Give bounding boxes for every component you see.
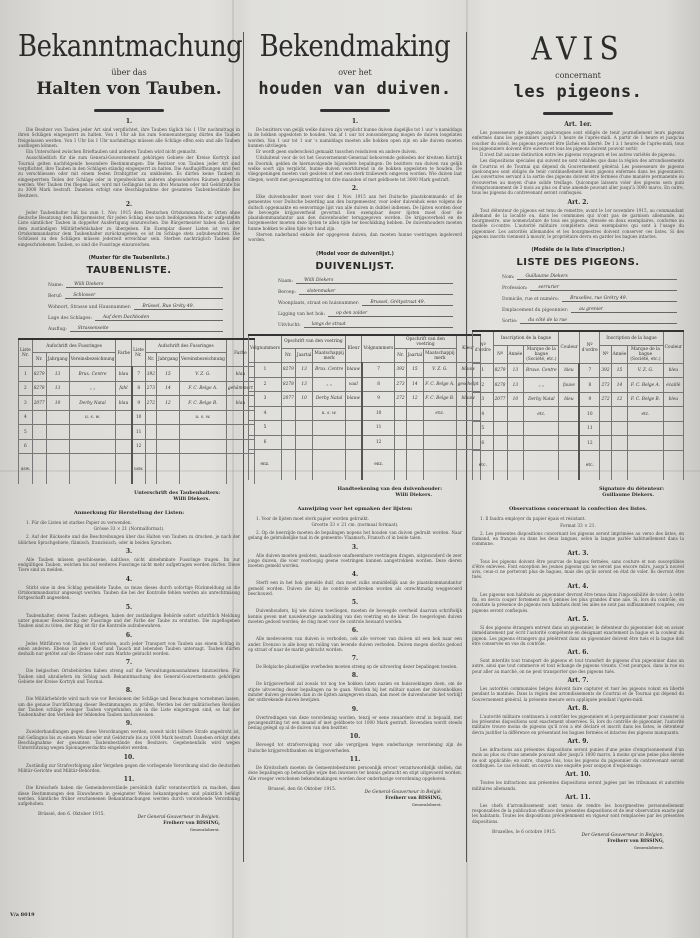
table-cell: F. C. Belge B. — [424, 392, 456, 407]
table-cell: vaal — [345, 377, 362, 392]
field-label: Woonplaats, straat en huisnummer: — [278, 301, 359, 306]
table-cell: u. s. w. — [313, 406, 345, 421]
table-cell: 392 — [145, 367, 156, 382]
field-value: Schlosser — [65, 293, 223, 299]
article-number: 8. — [18, 687, 240, 694]
table-cell: 392 — [600, 363, 611, 378]
table-cell: 3 — [19, 396, 33, 411]
article-text: Si des pigeons étrangers entrent dans un… — [472, 625, 684, 646]
table-cell: enz. — [249, 450, 282, 480]
german-title: Bekanntmachung — [18, 30, 240, 65]
table-row: 1827913Bruxe. Centrebleu739215V. Z. G.bl… — [473, 363, 684, 378]
col-header: Aufschrift des Fussringes — [145, 339, 226, 353]
col-header: Volgnummers — [249, 335, 282, 363]
table-cell — [116, 454, 132, 484]
article-number: 11. — [18, 776, 240, 783]
table-cell: Derby Natal — [524, 392, 559, 407]
table-cell: 5 — [473, 421, 494, 436]
form-field-loft-location: Ligging van het hok:op den zolder — [278, 311, 453, 317]
model-caption: (Modèle de la liste d'inscription.) — [472, 247, 684, 253]
french-subtitle-small: concernant — [472, 71, 684, 80]
form-field-profession: Profession:serrurier — [502, 285, 677, 291]
col-header: Liste Nr. — [132, 339, 146, 367]
field-value: Willi Diekers — [296, 278, 453, 284]
table-row: 4u. s. w.10enz. — [249, 406, 481, 421]
table-cell: 2077 — [281, 392, 295, 407]
table-cell — [32, 439, 46, 454]
col-header: Nr. — [281, 349, 295, 363]
field-value: langs de straat — [304, 322, 453, 328]
table-cell — [179, 425, 226, 440]
table-body: 1827913Brux. Centreblau739215V. Z. G.bla… — [19, 367, 255, 484]
dutch-subtitle-small: over het — [248, 68, 462, 77]
table-cell: 273 — [600, 378, 611, 393]
table-cell — [313, 435, 345, 450]
article-number: Art. 10. — [472, 771, 684, 778]
article-text: De bezitters van gelijk welke duiven zij… — [248, 127, 462, 148]
german-subtitle: Halten von Tauben. — [18, 79, 240, 99]
col-header: Nº d'ordre — [473, 331, 494, 363]
french-subtitle: les pigeons. — [472, 82, 684, 102]
col-header: Vereinsbezeichnung — [69, 353, 116, 367]
field-label: Lage des Schlages: — [48, 316, 92, 321]
table-cell — [281, 450, 295, 480]
table-cell: 12 — [406, 392, 424, 407]
table-cell: 13 — [507, 363, 524, 378]
table-cell: 12 — [362, 435, 395, 450]
table-cell: u. s. w. — [69, 410, 116, 425]
table-cell: 2 — [473, 378, 494, 393]
col-header: Vereinsbezeichnung — [179, 353, 226, 367]
table-cell — [295, 435, 313, 450]
field-value: au grenier — [571, 307, 677, 313]
table-cell: „ „ — [69, 381, 116, 396]
form-field-exit: Ausflug:Strassenseite — [48, 326, 223, 332]
col-header: Jahrgang — [157, 353, 180, 367]
col-header: Marque de la bague (Société, etc.) — [524, 345, 559, 363]
table-row: 612 — [249, 435, 481, 450]
field-label: Profession: — [502, 286, 527, 291]
form-field-address: Wohnort, Strasse und Hausnummer:Brüssel,… — [48, 304, 223, 310]
article-text: Les dispositions spéciales qui suivent n… — [472, 158, 684, 195]
table-cell: 7 — [362, 363, 395, 378]
table-cell: Derby Natal — [313, 392, 345, 407]
article-number: 1. — [248, 118, 462, 125]
field-label: Beroep: — [278, 290, 296, 295]
table-cell: 5 — [249, 421, 282, 436]
table-cell: Brux. Centre — [69, 367, 116, 382]
table-cell: 6 — [249, 435, 282, 450]
table-cell: usw. — [19, 454, 33, 484]
table-cell: blauw — [345, 392, 362, 407]
separator-rule — [94, 109, 164, 112]
table-cell: enz. — [424, 406, 456, 421]
table-cell: 12 — [132, 439, 146, 454]
form-field-name: Nom:Guillaume Diekers — [502, 274, 677, 280]
list-title: DUIVENLIJST. — [248, 261, 462, 272]
article-number: Art. 9. — [472, 738, 684, 745]
table-cell — [179, 439, 226, 454]
col-header: Nr. — [395, 349, 406, 363]
table-cell — [32, 410, 46, 425]
article-text: Er wordt geen onderscheid gemaakt tussch… — [248, 149, 462, 154]
col-header: Inscription de la bague — [493, 331, 559, 345]
note-text: 2. Auf der Rückseite und die Beschreibun… — [18, 534, 240, 545]
table-cell — [69, 425, 116, 440]
table-cell — [559, 407, 579, 422]
article-number: 5. — [248, 599, 462, 606]
field-value: Guillaume Diekers — [517, 274, 677, 280]
table-cell — [406, 421, 424, 436]
article-number: Art. 7. — [472, 677, 684, 684]
table-cell: 3 — [473, 392, 494, 407]
article-text: Sterven naderhand enkele der opgegeven d… — [248, 232, 462, 243]
article-number: 10. — [18, 754, 240, 761]
table-cell — [395, 406, 406, 421]
col-header: Jahrgang — [46, 353, 69, 367]
table-cell — [313, 421, 345, 436]
note-text: 1. Voor de lijsten moet sterk papier wor… — [248, 516, 462, 521]
table-cell — [46, 454, 69, 484]
note-text: 1. Für die Listen ist starkes Papier zu … — [18, 520, 240, 525]
table-cell — [507, 436, 524, 451]
article-text: Uitsluitend voor de tot het Gouvernement… — [248, 155, 462, 181]
col-header: Nº — [493, 345, 507, 363]
form-field-loft-location: Lage des Schlages:Auf dem Dachboden — [48, 315, 223, 321]
table-cell: V. Z. G. — [179, 367, 226, 382]
article-text: Jedes Mitführen von Tauben ist verboten,… — [18, 641, 240, 657]
field-label: Nom: — [502, 275, 514, 280]
table-cell: 13 — [507, 378, 524, 393]
table-cell: 4 — [19, 410, 33, 425]
table-cell — [281, 421, 295, 436]
table-cell: etc. — [579, 450, 600, 480]
table-cell: 11 — [132, 425, 146, 440]
table-cell — [145, 425, 156, 440]
governor-rank: Generaloberst. — [248, 802, 442, 808]
pigeon-list-table: Liste Nr. Aufschrift des Fussringes Farb… — [18, 338, 255, 484]
article-number: Art. 1er. — [472, 121, 684, 128]
table-cell: 10 — [295, 392, 313, 407]
note-format: Grösse 33 × 21 (Normalformat). — [18, 527, 240, 532]
col-header: Nº — [600, 345, 611, 363]
article-number: 6. — [18, 632, 240, 639]
table-cell — [345, 450, 362, 480]
article-text: Bevoegd tot strafvervolging voor alle ve… — [248, 742, 462, 753]
col-header: Nr. — [32, 353, 46, 367]
col-header: Maatschappij merk — [424, 349, 456, 363]
table-cell: 9 — [362, 392, 395, 407]
table-cell — [493, 450, 507, 480]
table-cell — [611, 407, 628, 422]
table-cell: F. C. Belge B. — [628, 392, 663, 407]
table-cell — [524, 450, 559, 480]
print-number: V/a 8019 — [10, 912, 35, 918]
signature-label: Handteekening van den duivenhouder: — [338, 486, 443, 492]
table-row: etc.etc. — [473, 450, 684, 480]
table-cell — [179, 454, 226, 484]
article-text: Tout détenteur de pigeons est tenu de re… — [472, 208, 684, 240]
article-text: Ein Unterschied zwischen Brieftauben und… — [18, 149, 240, 154]
table-cell — [600, 407, 611, 422]
table-cell: bleu — [663, 392, 683, 407]
table-cell: 9 — [579, 392, 600, 407]
table-cell: 8 — [132, 381, 146, 396]
proclamation-poster: Bekanntmachung über das Halten von Taube… — [0, 0, 700, 938]
table-body: 1827913Bruxe. Centrebleu739215V. Z. G.bl… — [473, 363, 684, 480]
table-cell: 13 — [295, 363, 313, 378]
note-text: 2. Les présentes dispositions concernant… — [472, 531, 684, 547]
article-number: Art. 5. — [472, 616, 684, 623]
note-title: Observations concernant la confection de… — [472, 506, 684, 512]
table-cell: 2077 — [493, 392, 507, 407]
table-cell — [611, 450, 628, 480]
table-cell: 9 — [132, 396, 146, 411]
form-field-exit: Sortie:du côté de la rue — [502, 318, 677, 324]
table-cell: enz. — [362, 450, 395, 480]
table-cell — [281, 406, 295, 421]
table-cell — [507, 450, 524, 480]
form-field-loft-location: Emplacement du pigeonnier:au grenier — [502, 307, 677, 313]
table-cell — [628, 450, 663, 480]
table-cell: 10 — [132, 410, 146, 425]
table-cell: 1 — [473, 363, 494, 378]
governor-signature: Der General-Gouverneur in Belgien. Freih… — [18, 815, 220, 833]
table-cell — [116, 425, 132, 440]
article-text: Zuständig zur Strafverfolgung aller Verg… — [18, 763, 240, 774]
signature-name: Willi Diekers. — [18, 496, 210, 502]
table-cell: 6 — [19, 439, 33, 454]
field-value: Brussel, Grétystraat 49. — [362, 300, 453, 306]
model-caption: (Muster für die Taubenliste.) — [18, 255, 240, 261]
article-text: Les possesseurs de pigeons quelconques s… — [472, 130, 684, 151]
table-cell — [559, 450, 579, 480]
article-number: 5. — [18, 604, 240, 611]
field-label: Ligging van het hok: — [278, 312, 325, 317]
table-cell: 12 — [579, 436, 600, 451]
table-cell — [663, 407, 683, 422]
table-cell: 273 — [395, 377, 406, 392]
table-cell: blau — [116, 367, 132, 382]
col-header: Jaartal — [406, 349, 424, 363]
german-subtitle-small: über das — [18, 68, 240, 77]
article-number: Art. 4. — [472, 583, 684, 590]
article-text: Duivenhouders, bij wie duiven toevliegen… — [248, 608, 462, 624]
table-row: 2827813„ „fahl827314F. C. Belge A.gehämm… — [19, 381, 255, 396]
table-cell — [395, 421, 406, 436]
table-row: 2827813„ „fauve827314F. C. Belge A.écail… — [473, 378, 684, 393]
col-header: Opschrift van den voetring — [395, 335, 456, 349]
table-cell — [663, 421, 683, 436]
table-cell: 8 — [362, 377, 395, 392]
note-title: Anmerkung für Herstellung der Listen: — [18, 510, 240, 516]
article-text: L'autorité militaire continuera à contrô… — [472, 714, 684, 735]
field-value: Brüssel, Rue Gréty 49. — [134, 304, 223, 310]
table-cell: bleu — [663, 363, 683, 378]
article-number: Art. 2. — [472, 199, 684, 206]
table-cell — [157, 454, 180, 484]
table-cell: 2077 — [32, 396, 46, 411]
col-header: Farbe — [116, 339, 132, 367]
article-text: Sont interdits tout transport de pigeons… — [472, 658, 684, 674]
table-cell — [395, 435, 406, 450]
article-text: Elke duivenhouder moet voor den 1 Nov. 1… — [248, 194, 462, 231]
table-cell — [157, 425, 180, 440]
article-text: Alle Tauben müssen geschlossene, nahtlos… — [18, 557, 240, 573]
col-header: Couleur — [559, 331, 579, 363]
table-cell: etc. — [628, 407, 663, 422]
article-text: Les infractions aux présentes dispositio… — [472, 747, 684, 768]
table-cell — [295, 421, 313, 436]
governor-rank: Generaloberst. — [18, 827, 220, 833]
table-cell: 392 — [395, 363, 406, 378]
table-cell — [145, 439, 156, 454]
article-text: Sterft een in het hok gemelde duif, dan … — [248, 580, 462, 596]
table-cell — [46, 439, 69, 454]
note-text: 2. Op de keerzijde moeten de bepalingen … — [248, 530, 462, 541]
field-value: serrurier — [530, 285, 677, 291]
col-header: Marque de la bague (Société, etc.) — [628, 345, 663, 363]
governor-signature: Der General-Gouverneur in Belgien, Freih… — [472, 833, 664, 851]
form-field-name: Name:Willi Diekers — [48, 282, 223, 288]
article-text: Ausschließlich für die zum General-Gouve… — [18, 155, 240, 197]
table-cell: F. C. Belge A. — [628, 378, 663, 393]
table-cell: 5 — [19, 425, 33, 440]
table-cell — [611, 421, 628, 436]
field-value: slotenmaker — [299, 289, 453, 295]
article-text: Die belgischen Ortsbehörden haben streng… — [18, 668, 240, 684]
note-title: Aanwijzing voor het opmaken der lijsten: — [248, 506, 462, 512]
table-cell: etc. — [473, 450, 494, 480]
table-cell — [663, 436, 683, 451]
table-cell — [406, 450, 424, 480]
table-cell — [507, 421, 524, 436]
article-list: 3.Alle Tauben müssen geschlossene, nahtl… — [18, 548, 240, 807]
table-cell — [600, 436, 611, 451]
article-text: Stirbt eine in den Schlag gemeldete Taub… — [18, 585, 240, 601]
signature-name: Guillaume Diekers. — [472, 492, 654, 498]
form-field-address: Woonplaats, straat en huisnummer:Brussel… — [278, 300, 453, 306]
table-cell — [345, 435, 362, 450]
table-cell: 15 — [157, 367, 180, 382]
pigeon-list-table: Nº d'ordre Inscription de la bague Coule… — [472, 330, 684, 480]
article-text: Alle medevoeren van duiven is verboden, … — [248, 636, 462, 652]
dutch-title: Bekendmaking — [248, 30, 462, 65]
table-cell: 10 — [579, 407, 600, 422]
table-cell — [395, 450, 406, 480]
table-cell — [46, 425, 69, 440]
table-cell — [611, 436, 628, 451]
table-cell: 14 — [406, 377, 424, 392]
table-cell — [157, 439, 180, 454]
table-row: usw.usw. — [19, 454, 255, 484]
article-number: 2. — [248, 185, 462, 192]
french-column: AVIS concernant les pigeons. Art. 1er. L… — [472, 28, 684, 898]
table-cell: blau — [116, 396, 132, 411]
table-cell — [493, 436, 507, 451]
table-cell: 10 — [507, 392, 524, 407]
table-cell — [116, 439, 132, 454]
governor-signature: De General-Gouverneur in België. Freiher… — [248, 790, 442, 808]
table-cell: 3 — [249, 392, 282, 407]
table-cell — [524, 436, 559, 451]
table-cell — [559, 421, 579, 436]
col-header: Aufschrift des Fussringes — [32, 339, 116, 353]
separator-rule — [320, 109, 390, 112]
article-number: 8. — [248, 672, 462, 679]
table-cell — [32, 454, 46, 484]
table-cell — [600, 421, 611, 436]
table-row: enz.enz. — [249, 450, 481, 480]
table-cell: 6 — [473, 436, 494, 451]
table-cell: 8278 — [281, 377, 295, 392]
table-cell: 2 — [19, 381, 33, 396]
dutch-subtitle: houden van duiven. — [248, 79, 462, 99]
article-number: 6. — [248, 627, 462, 634]
table-cell — [493, 407, 507, 422]
table-cell — [424, 450, 456, 480]
field-value: du côté de la rue — [520, 318, 677, 324]
table-cell: 12 — [611, 392, 628, 407]
table-row: 1827913Brux. Centreblauw739215V. Z. G.bl… — [249, 363, 481, 378]
model-caption: (Model voor de duivenlijst.) — [248, 251, 462, 257]
field-label: Naam: — [278, 279, 293, 284]
table-cell: usw. — [132, 454, 146, 484]
table-row: 4etc.10etc. — [473, 407, 684, 422]
table-cell: écaillé — [663, 378, 683, 393]
table-cell — [493, 421, 507, 436]
table-cell — [628, 421, 663, 436]
col-header: Volgnummers — [362, 335, 395, 363]
table-cell: 8278 — [32, 381, 46, 396]
table-cell: Bruxe. Centre — [524, 363, 559, 378]
article-number: 7. — [18, 659, 240, 666]
table-cell — [600, 450, 611, 480]
table-cell: 12 — [157, 396, 180, 411]
table-cell: 10 — [362, 406, 395, 421]
table-cell — [116, 410, 132, 425]
german-column: Bekanntmachung über das Halten von Taube… — [18, 28, 240, 898]
table-cell — [69, 454, 116, 484]
table-cell: 272 — [395, 392, 406, 407]
article-number: 2. — [18, 201, 240, 208]
field-label: Wohnort, Strasse und Hausnummer: — [48, 305, 131, 310]
col-header: Nr. — [145, 353, 156, 367]
article-text: Taubenhalter, deren Tauben zufliegen, ha… — [18, 613, 240, 629]
table-row: 4u. s. w.10u. s. w. — [19, 410, 255, 425]
table-cell — [345, 406, 362, 421]
article-text: Die Militärbehörde wird nach wie vor Rev… — [18, 696, 240, 717]
table-row: 3207710Derby Natalbleu927212F. C. Belge … — [473, 392, 684, 407]
col-header: Nº d'ordre — [579, 331, 600, 363]
table-cell: 1 — [19, 367, 33, 382]
table-cell: fauve — [559, 378, 579, 393]
field-value: Strassenseite — [70, 326, 223, 332]
table-cell: F. C. Belge A. — [424, 377, 456, 392]
pigeon-list-table: Volgnummers Opschrift van den voetring K… — [248, 334, 481, 480]
col-header: Kleur — [345, 335, 362, 363]
field-value: Bruxelles, rue Grétry 49. — [562, 296, 677, 302]
table-cell: 272 — [600, 392, 611, 407]
table-row: 511 — [473, 421, 684, 436]
table-cell — [663, 450, 683, 480]
table-row: 3207710Derby Natalblauw927212F. C. Belge… — [249, 392, 481, 407]
table-cell — [507, 407, 524, 422]
form-field-exit: Uitvlucht:langs de straat — [278, 322, 453, 328]
article-number: Art. 3. — [472, 550, 684, 557]
article-number: 7. — [248, 655, 462, 662]
table-cell: 8 — [579, 378, 600, 393]
